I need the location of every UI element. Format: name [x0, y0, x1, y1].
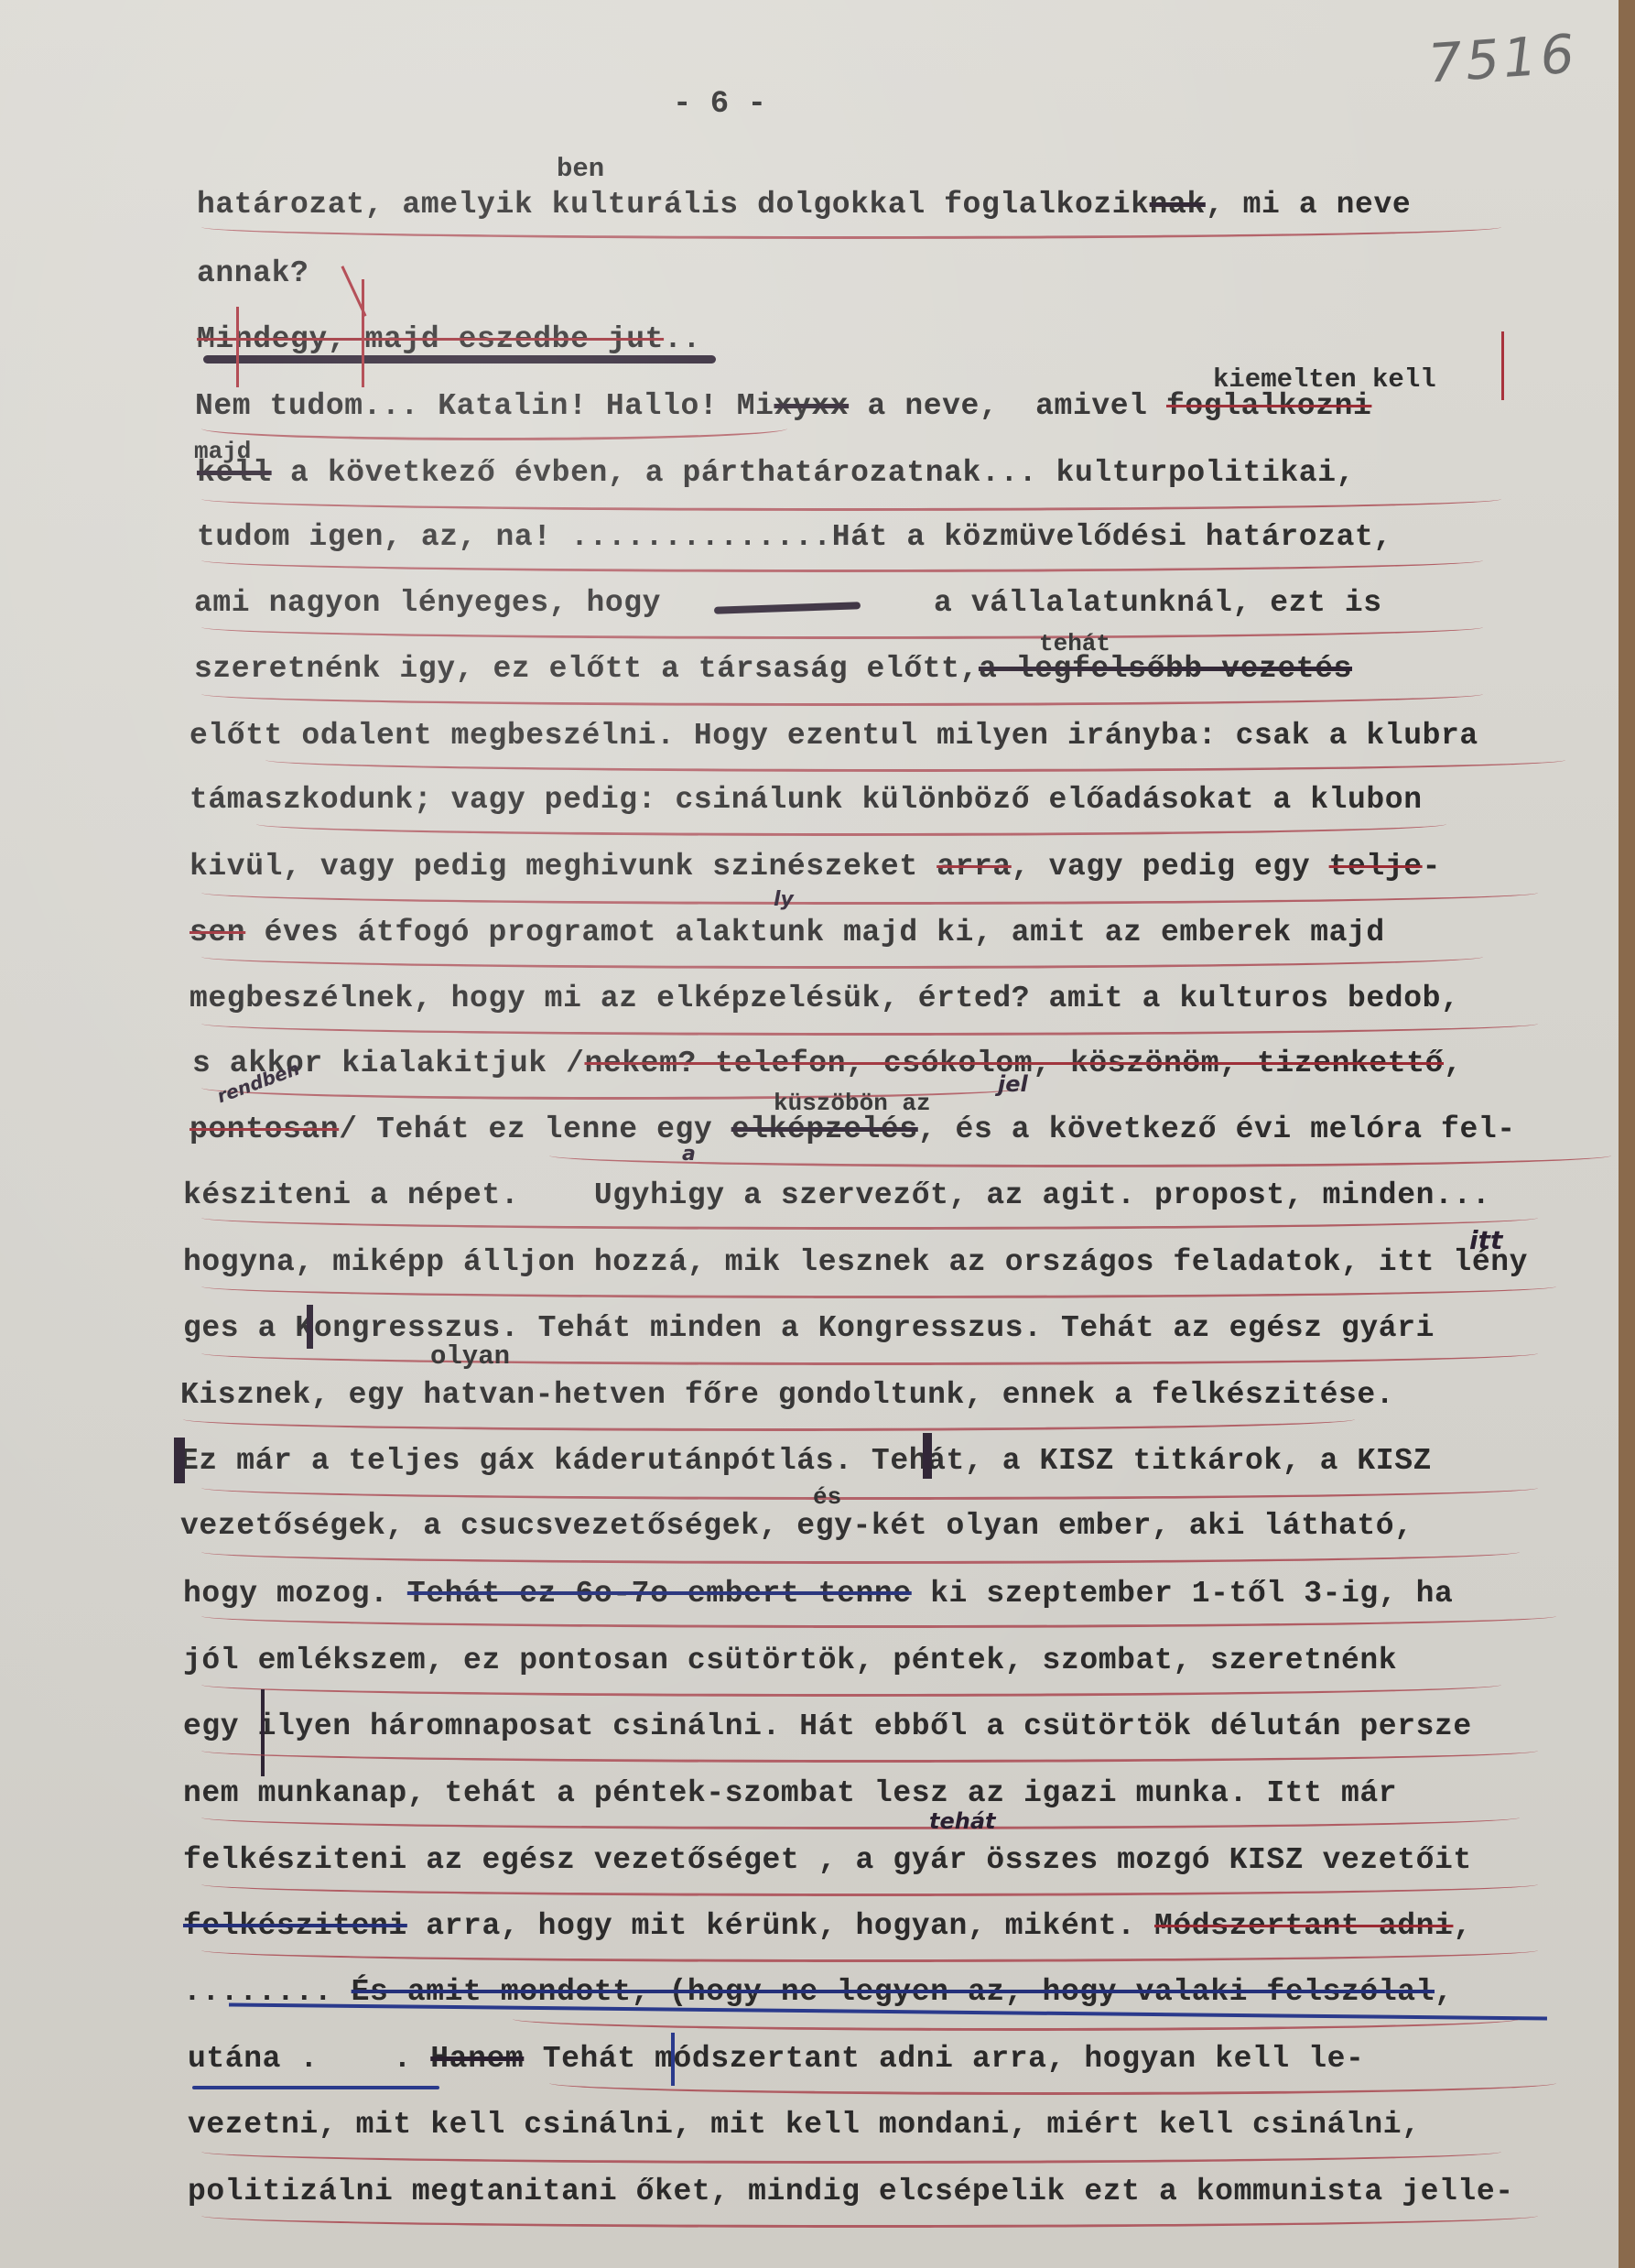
text-line-3: Mindegy, majd eszedbe jut.. — [197, 322, 701, 356]
red-underline — [201, 1616, 1556, 1628]
text-line-7b: a vállalatunknál, ezt is — [934, 586, 1382, 620]
text-line-5: kell a következő évben, a párthatározatn… — [197, 456, 1355, 490]
blue-underline — [192, 2086, 439, 2089]
red-underline — [201, 2216, 1538, 2228]
red-underline — [549, 2083, 1556, 2095]
blue-T-correction — [671, 2033, 675, 2086]
red-underline — [201, 429, 787, 440]
annotation-olyan: olyan — [430, 1341, 510, 1372]
red-underline — [201, 1884, 1538, 1896]
text-line-7: ami nagyon lényeges, hogy — [194, 586, 661, 620]
red-underline — [201, 1024, 1538, 1036]
red-bracket-left — [236, 307, 239, 387]
text-line-24: egy ilyen háromnaposat csinálni. Hát ebb… — [183, 1709, 1472, 1743]
archive-number: 7516 — [1426, 22, 1580, 94]
red-underline — [513, 2019, 1520, 2031]
text-line-17: hogyna, miképp álljon hozzá, mik lesznek… — [183, 1245, 1528, 1279]
red-underline — [265, 760, 1565, 772]
text-line-8: szeretnénk igy, ez előtt a társaság előt… — [194, 652, 1352, 686]
dark-underline-bar — [203, 355, 716, 364]
annotation-es: és — [813, 1483, 841, 1511]
red-underline — [201, 1552, 1520, 1564]
red-underline — [201, 1218, 1538, 1230]
red-underline — [201, 957, 1483, 969]
text-line-11: kivül, vagy pedig meghivunk szinészeket … — [189, 850, 1441, 884]
red-vertical-line — [362, 279, 364, 387]
text-line-29: utána . . Hanem Tehát módszertant adni a… — [188, 2042, 1364, 2076]
red-underline — [201, 627, 1483, 639]
text-line-31: politizálni megtanitani őket, mindig elc… — [188, 2175, 1514, 2208]
dark-T-correction — [923, 1433, 932, 1479]
text-line-9: előtt odalent megbeszélni. Hogy ezentul … — [189, 719, 1478, 753]
red-underline — [201, 1818, 1520, 1829]
red-underline — [201, 1286, 1556, 1298]
text-line-21: vezetőségek, a csucsvezetőségek, egy-két… — [180, 1509, 1413, 1543]
dark-blank-line — [714, 602, 861, 614]
text-line-22: hogy mozog. Tehát ez 6o-7o embert tenne … — [183, 1577, 1453, 1611]
text-line-16: késziteni a népet. Ugyhigy a szervezőt, … — [183, 1178, 1490, 1212]
text-line-19: Kisznek, egy hatvan-hetven főre gondoltu… — [180, 1378, 1394, 1412]
text-line-6: tudom igen, az, na! ..............Hát a … — [197, 520, 1392, 554]
text-line-27: felkésziteni arra, hogy mit kérünk, hogy… — [183, 1909, 1472, 1943]
red-underline — [201, 1488, 1538, 1500]
dark-K-correction — [307, 1305, 313, 1349]
text-line-2: annak? — [197, 256, 309, 290]
text-line-23: jól emlékszem, ez pontosan csütörtök, pé… — [183, 1644, 1397, 1677]
red-underline — [201, 1751, 1538, 1763]
red-underline — [549, 1156, 1611, 1167]
annotation-tehat-handwritten: tehát — [929, 1808, 996, 1834]
text-line-4: Nem tudom... Katalin! Hallo! Mixyxx a ne… — [195, 389, 1371, 423]
red-underline — [183, 1419, 1355, 1431]
text-line-15: pontosan/ Tehát ez lenne egy elképzelés,… — [189, 1112, 1516, 1146]
red-underline — [201, 499, 1501, 511]
typewritten-page: 7516 - 6 - ben határozat, amelyik kultur… — [0, 0, 1619, 2268]
text-line-26: felkésziteni az egész vezetőséget , a gy… — [183, 1843, 1472, 1877]
red-underline — [256, 824, 1446, 836]
text-line-30: vezetni, mit kell csinálni, mit kell mon… — [188, 2108, 1421, 2142]
text-line-1: határozat, amelyik kulturális dolgokkal … — [197, 188, 1411, 222]
red-underline — [201, 2152, 1501, 2164]
dark-vertical-divider — [261, 1689, 265, 1776]
annotation-ben: ben — [557, 154, 604, 184]
text-line-10: támaszkodunk; vagy pedig: csinálunk külö… — [189, 783, 1423, 817]
text-line-13: megbeszélnek, hogy mi az elképzelésük, é… — [189, 982, 1459, 1015]
text-line-25: nem munkanap, tehát a péntek-szombat les… — [183, 1776, 1397, 1810]
annotation-a: a — [682, 1143, 696, 1166]
text-line-20: Ez már a teljes gáx káderutánpótlás. Teh… — [180, 1444, 1432, 1478]
text-line-14: s akkor kialakitjuk /nekem? telefon, csó… — [192, 1047, 1462, 1080]
dark-E-correction — [174, 1438, 185, 1483]
red-underline — [201, 1685, 1501, 1697]
red-underline — [201, 893, 1538, 905]
annotation-jel: jel — [998, 1071, 1028, 1097]
red-underline — [201, 694, 1483, 706]
page-number: - 6 - — [673, 87, 766, 122]
red-underline — [201, 560, 1483, 572]
red-underline — [201, 227, 1501, 239]
red-bracket-right — [1501, 331, 1504, 400]
text-line-18: ges a Kongresszus. Tehát minden a Kongre… — [183, 1311, 1435, 1345]
red-underline — [201, 1353, 1538, 1365]
red-underline — [201, 1950, 1538, 1962]
text-line-12: sen éves átfogó programot alaktunk majd … — [189, 916, 1385, 950]
annotation-ly: ly — [774, 888, 794, 911]
